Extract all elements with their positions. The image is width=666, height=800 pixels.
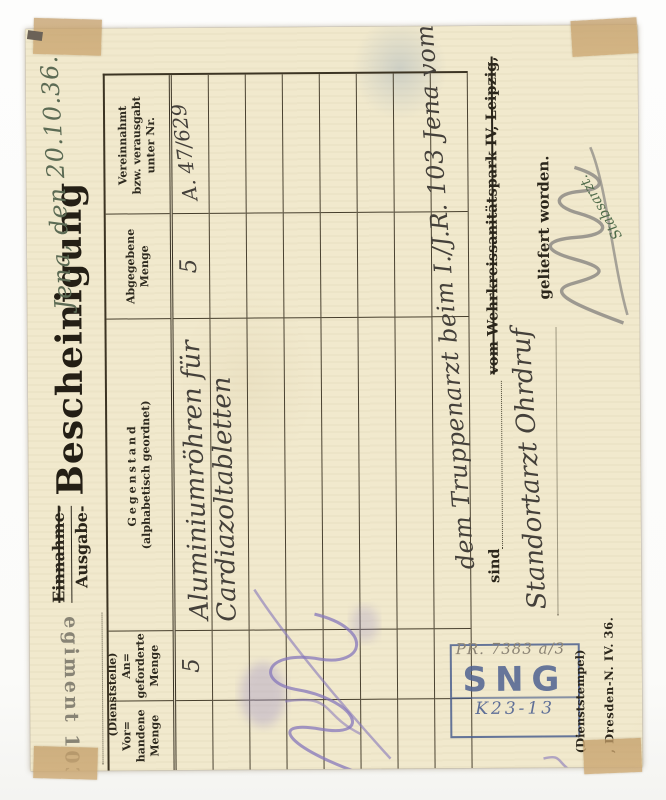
scanner-background: egiment 103 (Dienststelle) Einnahme- Aus… (0, 0, 666, 800)
header-vorhandene: Vor= handene Menge (109, 700, 173, 770)
title-ausgabe: Ausgabe- (72, 505, 92, 588)
header-angeforderte: An= geforderte Menge (109, 630, 173, 700)
tape-corner (33, 18, 102, 56)
table-header-row: Vor= handene Menge An= geforderte Menge … (105, 75, 177, 770)
archive-number-pencil: PR. 7383 a/3 (456, 639, 568, 658)
cert-struck-text: vom Wehrkreissanitätspark IV, Leipzig, (483, 56, 502, 374)
document-page: egiment 103 (Dienststelle) Einnahme- Aus… (25, 25, 642, 771)
cert-lead: sind (486, 548, 503, 582)
sng-stamp-text: SNG (462, 662, 567, 697)
printer-imprint: , Dresden-N. IV. 36. (602, 617, 617, 754)
header-gegenstand: Gegenstand (alphabetisch geordnet) (106, 318, 172, 630)
cert-handwritten-line2: Standortarzt Ohrdruf (506, 327, 553, 610)
fill-in-dotted-line (556, 327, 559, 615)
torn-corner-notch (27, 30, 43, 41)
dienststempel-label: (Dienststempel) (573, 650, 588, 754)
tape-corner (583, 738, 642, 774)
tape-corner (570, 17, 638, 57)
title-einnahme-struck: Einnahme- (49, 506, 72, 603)
sng-stamp-number: K23-13 (452, 696, 578, 719)
document-paper: egiment 103 (Dienststelle) Einnahme- Aus… (25, 25, 642, 771)
cell-angeforderte: 5 (179, 631, 205, 700)
cell-abgegebene: 5 (176, 214, 203, 318)
office-dotted-line (101, 613, 103, 765)
purple-scribble (224, 574, 400, 772)
header-abgegebene: Abgegebene Menge (106, 213, 171, 318)
fill-in-dotted-line (487, 380, 503, 548)
header-vereinnahmt: Vereinnahmt bzw. verausgabt unter Nr. (105, 77, 170, 213)
tape-corner (33, 746, 98, 780)
certification-printed-line: sind vom Wehrkreissanitätspark IV, Leipz… (483, 56, 504, 582)
cell-vereinnahmt: A. 47/629 (166, 102, 202, 202)
